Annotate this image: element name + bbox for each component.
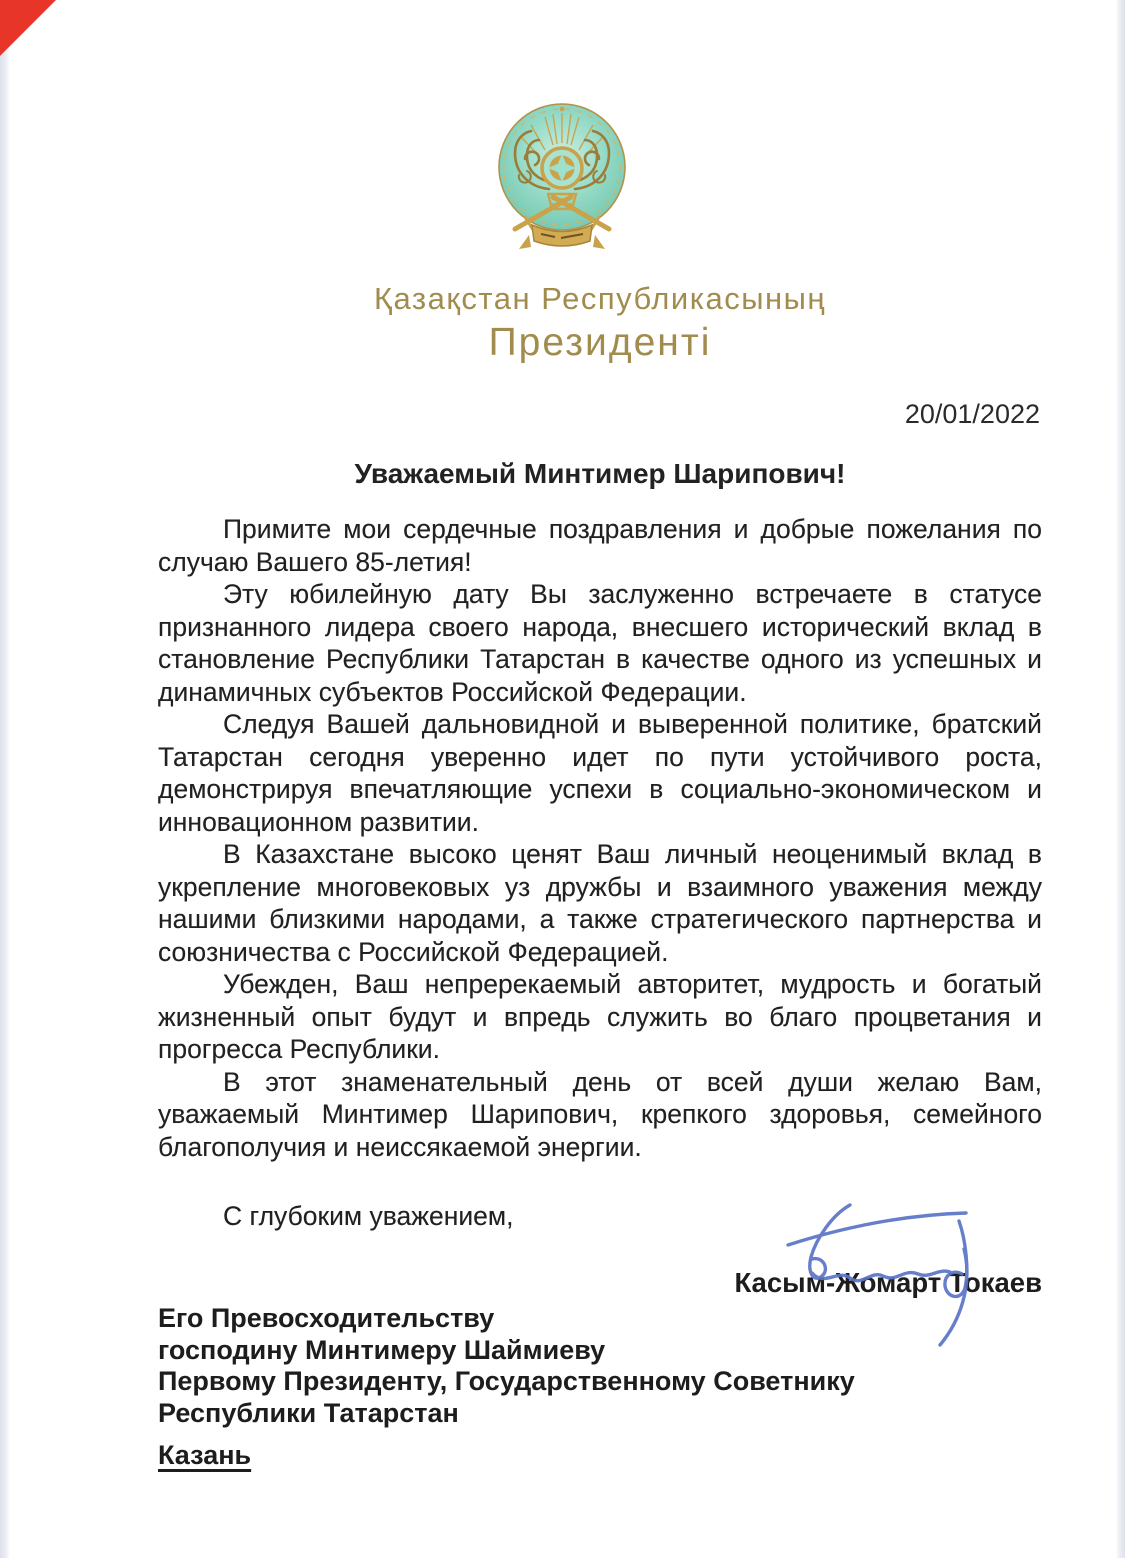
paragraph-5: Убежден, Ваш непререкаемый авторитет, му…	[158, 968, 1042, 1066]
paragraph-1: Примите мои сердечные поздравления и доб…	[158, 513, 1042, 578]
recipient-line-1: Его Превосходительству	[158, 1303, 855, 1335]
kazakhstan-coat-of-arms	[495, 96, 629, 254]
closing-line: С глубоким уважением,	[158, 1201, 513, 1232]
letterhead-line1: Қазақстан Республикасының	[158, 281, 1042, 317]
letter-date: 20/01/2022	[905, 399, 1040, 430]
paragraph-3: Следуя Вашей дальновидной и выверенной п…	[158, 708, 1042, 838]
red-corner-marker	[0, 0, 56, 56]
photo-edge-left	[0, 0, 10, 1558]
recipient-line-3: Первому Президенту, Государственному Сов…	[158, 1366, 855, 1398]
paragraph-2: Эту юбилейную дату Вы заслуженно встреча…	[158, 578, 1042, 708]
paragraph-4: В Казахстане высоко ценят Ваш личный нео…	[158, 838, 1042, 968]
letterhead-line2: Президенті	[158, 321, 1042, 365]
salutation: Уважаемый Минтимер Шарипович!	[158, 458, 1042, 490]
letterhead-title: Қазақстан Республикасының Президенті	[158, 281, 1042, 365]
letter-body: Примите мои сердечные поздравления и доб…	[158, 513, 1042, 1163]
paragraph-6: В этот знаменательный день от всей души …	[158, 1066, 1042, 1164]
recipient-city: Казань	[158, 1440, 251, 1471]
recipient-line-4: Республики Татарстан	[158, 1398, 855, 1430]
photo-edge-right	[1116, 0, 1125, 1558]
signature	[780, 1193, 1005, 1353]
recipient-line-2: господину Минтимеру Шаймиеву	[158, 1335, 855, 1367]
recipient-block: Его Превосходительству господину Минтиме…	[158, 1303, 855, 1429]
